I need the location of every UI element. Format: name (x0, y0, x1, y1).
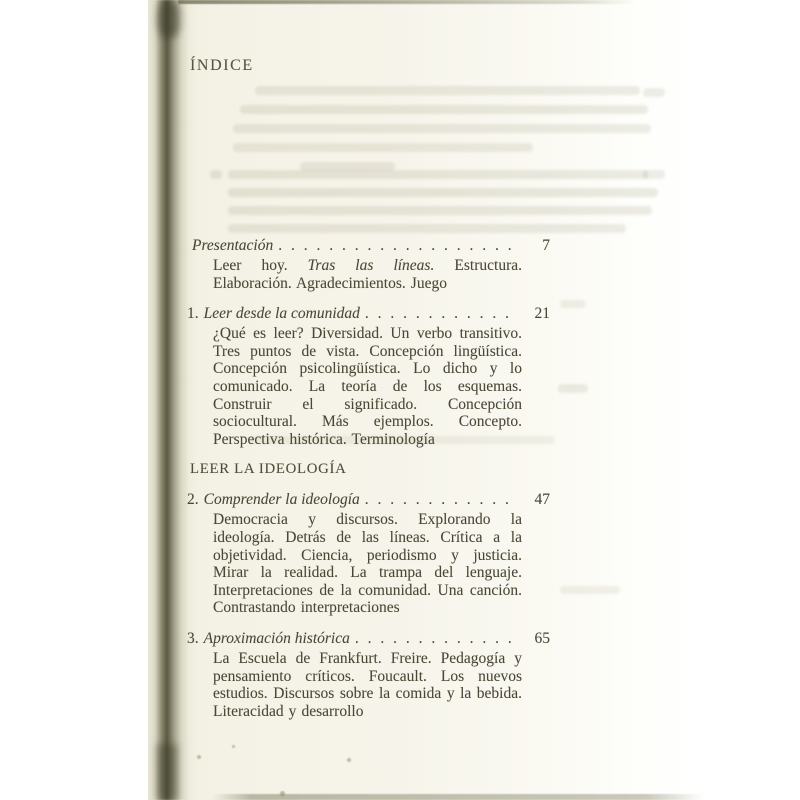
toc-content: ÍNDICE Presentación. . . . . . . . . . .… (187, 0, 555, 800)
bleed-through-line (643, 170, 665, 179)
dot-leader: . . . . . . . . . . . . . . . . . . . . … (355, 629, 518, 648)
toc-entry: 3.Aproximación histórica. . . . . . . . … (187, 629, 555, 720)
entry-title: Aproximación histórica (204, 629, 350, 648)
entry-description: Leer hoy. Tras las líneas. Estructura. E… (213, 257, 522, 292)
entry-number: 1. (187, 304, 199, 323)
entry-title-row: 2.Comprender la ideología. . . . . . . .… (187, 490, 555, 509)
toc-entry: 1.Leer desde la comunidad. . . . . . . .… (187, 304, 555, 448)
entry-title-row: 1.Leer desde la comunidad. . . . . . . .… (187, 304, 555, 323)
bleed-through-line (560, 586, 620, 594)
entry-title: Presentación (192, 236, 273, 255)
entry-title-row: Presentación. . . . . . . . . . . . . . … (187, 236, 555, 255)
entry-page-number: 21 (524, 304, 555, 323)
bleed-through-line (560, 300, 586, 308)
entry-description: Democracia y discursos. Explorando la id… (213, 511, 522, 617)
entry-number: 3. (187, 629, 199, 648)
bleed-through-line (558, 384, 588, 393)
toc-list: Presentación. . . . . . . . . . . . . . … (187, 236, 555, 732)
entry-number: 2. (187, 490, 199, 509)
entry-title-row: 3.Aproximación histórica. . . . . . . . … (187, 629, 555, 648)
bleed-through-line (643, 88, 665, 97)
entry-page-number: 65 (524, 629, 555, 648)
dot-leader: . . . . . . . . . . . . . . . . . . . . … (365, 304, 518, 323)
entry-title: Comprender la ideología (204, 490, 360, 509)
description-italic-segment: Tras las líneas. (308, 257, 435, 274)
section-heading: LEER LA IDEOLOGÍA (190, 460, 555, 479)
description-segment: ¿Qué es leer? Diversidad. Un verbo trans… (213, 325, 522, 448)
book-toc-photo: ÍNDICE Presentación. . . . . . . . . . .… (0, 0, 800, 800)
entry-description: ¿Qué es leer? Diversidad. Un verbo trans… (213, 325, 522, 448)
entry-page-number: 47 (524, 490, 555, 509)
entry-page-number: 7 (524, 236, 555, 255)
entry-description: La Escuela de Frankfurt. Freire. Pedagog… (213, 650, 522, 720)
toc-entry: 2.Comprender la ideología. . . . . . . .… (187, 490, 555, 617)
description-segment: Democracia y discursos. Explorando la id… (213, 511, 522, 616)
description-segment: Leer hoy. (213, 257, 308, 274)
entry-title: Leer desde la comunidad (204, 304, 360, 323)
description-segment: La Escuela de Frankfurt. Freire. Pedagog… (213, 650, 522, 720)
dot-leader: . . . . . . . . . . . . . . . . . . . . … (278, 236, 518, 255)
toc-entry: Presentación. . . . . . . . . . . . . . … (187, 236, 555, 292)
dot-leader: . . . . . . . . . . . . . . . . . . . . … (365, 490, 518, 509)
page-title: ÍNDICE (190, 57, 254, 75)
